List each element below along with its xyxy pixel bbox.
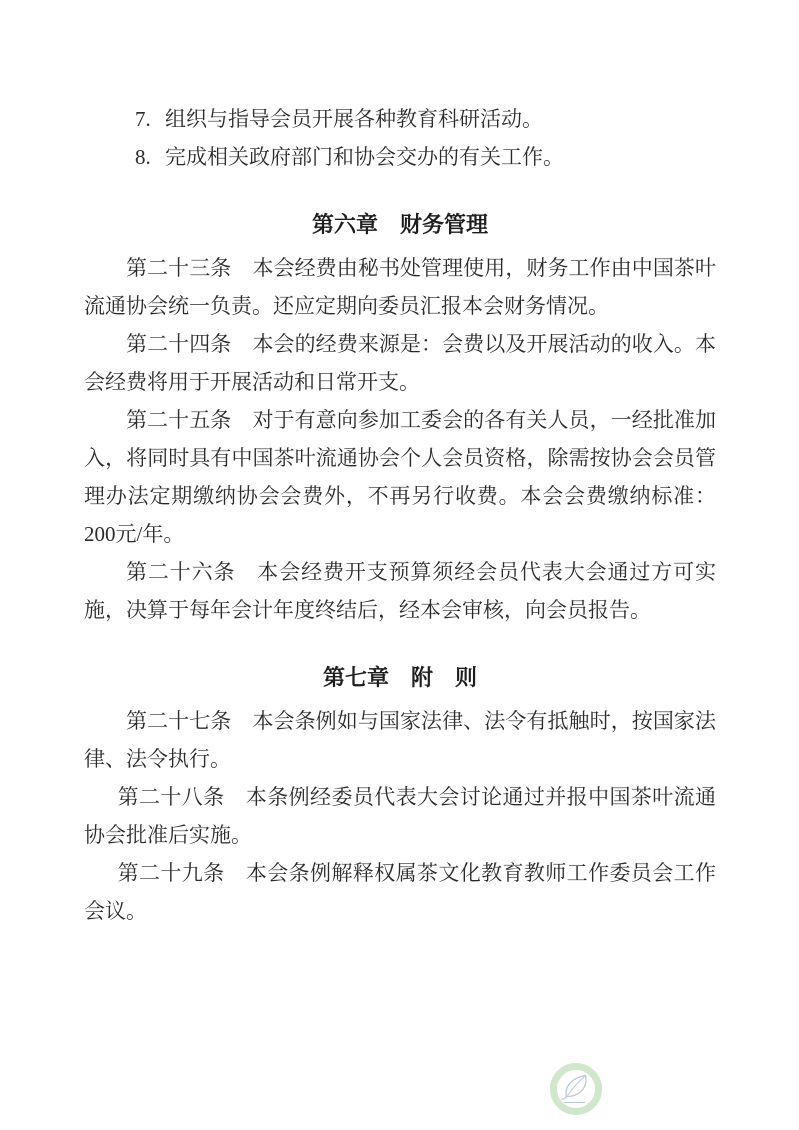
numbered-list: 7. 组织与指导会员开展各种教育科研活动。 8. 完成相关政府部门和协会交办的有… xyxy=(84,100,716,176)
article-29: 第二十九条 本会条例解释权属茶文化教育教师工作委员会工作会议。 xyxy=(84,854,716,930)
article-24: 第二十四条 本会的经费来源是：会费以及开展活动的收入。本会经费将用于开展活动和日… xyxy=(84,325,716,401)
chapter-heading-6: 第六章 财务管理 xyxy=(84,206,716,244)
list-item-text: 完成相关政府部门和协会交办的有关工作。 xyxy=(165,138,564,176)
watermark-seal xyxy=(550,1063,602,1115)
leaf-icon xyxy=(550,1063,602,1115)
document-page: { "doc": { "list_items": [ { "number": "… xyxy=(0,0,799,1130)
article-26: 第二十六条 本会经费开支预算须经会员代表大会通过方可实施，决算于每年会计年度终结… xyxy=(84,553,716,629)
list-item: 7. 组织与指导会员开展各种教育科研活动。 xyxy=(135,100,716,138)
list-item-number: 8. xyxy=(135,138,165,176)
article-25: 第二十五条 对于有意向参加工委会的各有关人员，一经批准加入，将同时具有中国茶叶流… xyxy=(84,401,716,553)
article-28: 第二十八条 本条例经委员代表大会讨论通过并报中国茶叶流通协会批准后实施。 xyxy=(84,778,716,854)
list-item: 8. 完成相关政府部门和协会交办的有关工作。 xyxy=(135,138,716,176)
list-item-number: 7. xyxy=(135,100,165,138)
article-27: 第二十七条 本会条例如与国家法律、法令有抵触时，按国家法律、法令执行。 xyxy=(84,702,716,778)
list-item-text: 组织与指导会员开展各种教育科研活动。 xyxy=(165,100,543,138)
page-content: 7. 组织与指导会员开展各种教育科研活动。 8. 完成相关政府部门和协会交办的有… xyxy=(0,0,799,1130)
chapter-heading-7: 第七章 附 则 xyxy=(84,659,716,697)
article-23: 第二十三条 本会经费由秘书处管理使用，财务工作由中国茶叶流通协会统一负责。还应定… xyxy=(84,249,716,325)
